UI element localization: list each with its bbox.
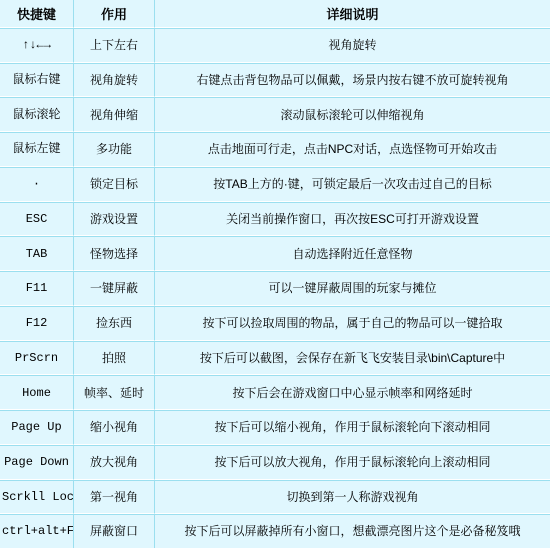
table-row: 鼠标左键 多功能 点击地面可行走，点击NPC对话，点选怪物可开始攻击 [0, 132, 550, 167]
table-row: Page Down 放大视角 按下后可以放大视角，作用于鼠标滚轮向上滚动相同 [0, 445, 550, 480]
cell-description: 视角旋转 [155, 28, 550, 63]
cell-action: 一键屏蔽 [74, 271, 155, 306]
table-row: F11 一键屏蔽 可以一键屏蔽周围的玩家与摊位 [0, 271, 550, 306]
cell-action: 帧率、延时 [74, 375, 155, 410]
cell-shortcut-key: F11 [0, 271, 74, 306]
table-row: ctrl+alt+F9 屏蔽窗口 按下后可以屏蔽掉所有小窗口，想截漂亮图片这个是… [0, 514, 550, 548]
cell-shortcut-key: 鼠标右键 [0, 63, 74, 98]
cell-shortcut-key: Page Up [0, 410, 74, 445]
cell-action: 多功能 [74, 132, 155, 167]
cell-description: 按下后可以屏蔽掉所有小窗口，想截漂亮图片这个是必备秘笈哦 [155, 514, 550, 548]
cell-action: 捡东西 [74, 306, 155, 341]
table-row: PrScrn 拍照 按下后可以截图，会保存在新飞飞安装目录\bin\Captur… [0, 341, 550, 376]
shortcut-table-body: ↑↓←→ 上下左右 视角旋转 鼠标右键 视角旋转 右键点击背包物品可以佩戴，场景… [0, 28, 550, 548]
cell-action: 怪物选择 [74, 236, 155, 271]
cell-description: 自动选择附近任意怪物 [155, 236, 550, 271]
cell-shortcut-key: F12 [0, 306, 74, 341]
cell-action: 视角伸缩 [74, 97, 155, 132]
cell-action: 锁定目标 [74, 167, 155, 202]
cell-description: 按下后会在游戏窗口中心显示帧率和网络延时 [155, 375, 550, 410]
cell-description: 可以一键屏蔽周围的玩家与摊位 [155, 271, 550, 306]
cell-description: 按下后可以放大视角，作用于鼠标滚轮向上滚动相同 [155, 445, 550, 480]
cell-shortcut-key: TAB [0, 236, 74, 271]
cell-action: 视角旋转 [74, 63, 155, 98]
cell-shortcut-key: Scrkll Lock [0, 480, 74, 515]
cell-shortcut-key: ↑↓←→ [0, 28, 74, 63]
cell-shortcut-key: 鼠标左键 [0, 132, 74, 167]
cell-shortcut-key: 鼠标滚轮 [0, 97, 74, 132]
cell-description: 关闭当前操作窗口，再次按ESC可打开游戏设置 [155, 202, 550, 237]
table-row: F12 捡东西 按下可以捡取周围的物品，属于自己的物品可以一键拾取 [0, 306, 550, 341]
cell-shortcut-key: Home [0, 375, 74, 410]
cell-action: 屏蔽窗口 [74, 514, 155, 548]
cell-description: 滚动鼠标滚轮可以伸缩视角 [155, 97, 550, 132]
table-row: 鼠标右键 视角旋转 右键点击背包物品可以佩戴，场景内按右键不放可旋转视角 [0, 63, 550, 98]
table-row: 鼠标滚轮 视角伸缩 滚动鼠标滚轮可以伸缩视角 [0, 97, 550, 132]
column-header-action: 作用 [74, 0, 155, 28]
table-row: ↑↓←→ 上下左右 视角旋转 [0, 28, 550, 63]
table-row: Page Up 缩小视角 按下后可以缩小视角，作用于鼠标滚轮向下滚动相同 [0, 410, 550, 445]
cell-description: 按下后可以缩小视角，作用于鼠标滚轮向下滚动相同 [155, 410, 550, 445]
shortcut-table: 快捷键 作用 详细说明 ↑↓←→ 上下左右 视角旋转 鼠标右键 视角旋转 右键点… [0, 0, 550, 548]
cell-description: 右键点击背包物品可以佩戴，场景内按右键不放可旋转视角 [155, 63, 550, 98]
cell-action: 上下左右 [74, 28, 155, 63]
table-row: Home 帧率、延时 按下后会在游戏窗口中心显示帧率和网络延时 [0, 375, 550, 410]
table-row: ESC 游戏设置 关闭当前操作窗口，再次按ESC可打开游戏设置 [0, 202, 550, 237]
cell-description: 按TAB上方的·键，可锁定最后一次攻击过自己的目标 [155, 167, 550, 202]
cell-action: 放大视角 [74, 445, 155, 480]
cell-description: 点击地面可行走，点击NPC对话，点选怪物可开始攻击 [155, 132, 550, 167]
cell-action: 第一视角 [74, 480, 155, 515]
column-header-description: 详细说明 [155, 0, 550, 28]
column-header-shortcut-key: 快捷键 [0, 0, 74, 28]
cell-shortcut-key: ESC [0, 202, 74, 237]
header-row: 快捷键 作用 详细说明 [0, 0, 550, 28]
table-row: · 锁定目标 按TAB上方的·键，可锁定最后一次攻击过自己的目标 [0, 167, 550, 202]
cell-description: 按下可以捡取周围的物品，属于自己的物品可以一键拾取 [155, 306, 550, 341]
cell-action: 游戏设置 [74, 202, 155, 237]
cell-action: 缩小视角 [74, 410, 155, 445]
cell-shortcut-key: Page Down [0, 445, 74, 480]
cell-shortcut-key: · [0, 167, 74, 202]
cell-shortcut-key: PrScrn [0, 341, 74, 376]
cell-description: 按下后可以截图，会保存在新飞飞安装目录\bin\Capture中 [155, 341, 550, 376]
table-row: TAB 怪物选择 自动选择附近任意怪物 [0, 236, 550, 271]
cell-action: 拍照 [74, 341, 155, 376]
cell-description: 切换到第一人称游戏视角 [155, 480, 550, 515]
cell-shortcut-key: ctrl+alt+F9 [0, 514, 74, 548]
table-row: Scrkll Lock 第一视角 切换到第一人称游戏视角 [0, 480, 550, 515]
